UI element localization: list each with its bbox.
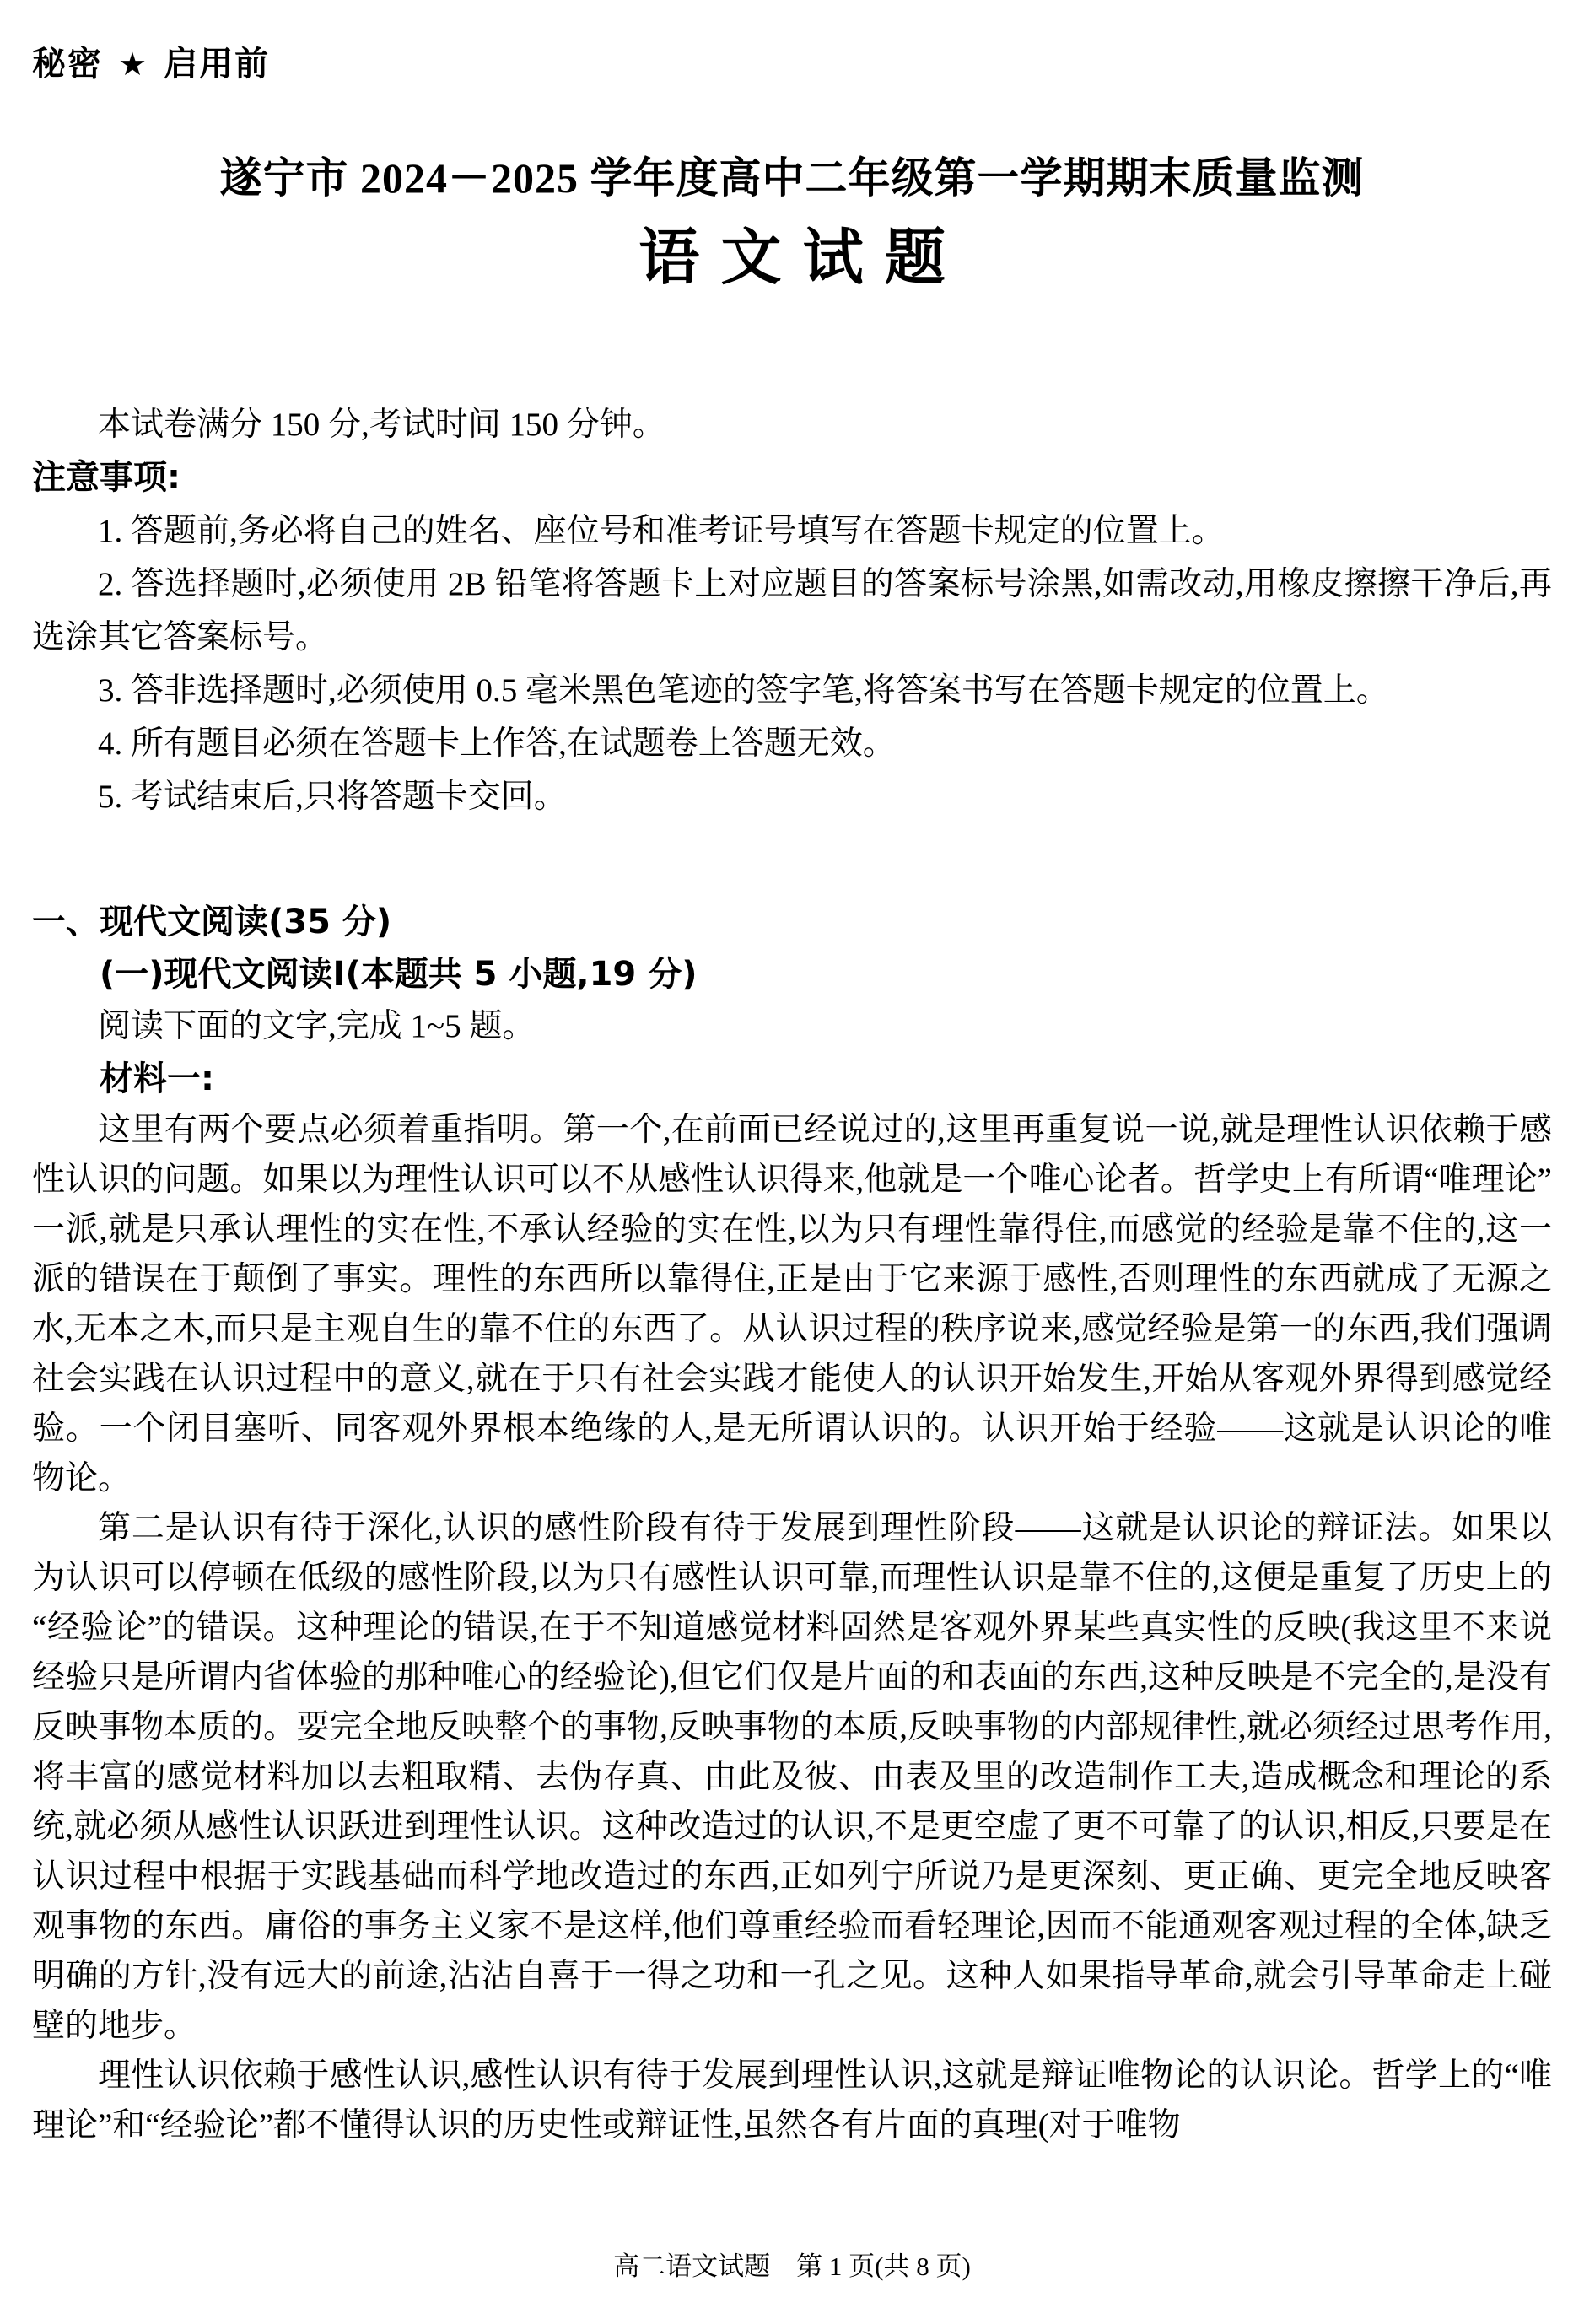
footer-page-number: 第 1 页(共 8 页) (796, 2251, 971, 2281)
exam-title: 遂宁市 2024－2025 学年度高中二年级第一学期期末质量监测 (32, 154, 1552, 202)
page-footer: 高二语文试题第 1 页(共 8 页) (0, 2250, 1584, 2284)
reading-instruction: 阅读下面的文字,完成 1~5 题。 (32, 1000, 1552, 1053)
exam-subtitle: 语文试题 (32, 219, 1552, 297)
footer-doc-label: 高二语文试题 (613, 2251, 770, 2281)
material-one-label: 材料一: (32, 1053, 1552, 1105)
notice-item-1: 1. 答题前,务必将自己的姓名、座位号和准考证号填写在答题卡规定的位置上。 (32, 504, 1552, 558)
material-paragraph-1: 这里有两个要点必须着重指明。第一个,在前面已经说过的,这里再重复说一说,就是理性… (32, 1105, 1552, 1503)
notice-item-3: 3. 答非选择题时,必须使用 0.5 毫米黑色笔迹的签字笔,将答案书写在答题卡规… (32, 664, 1552, 717)
section-heading-modern-reading: 一、现代文阅读(35 分) (32, 896, 1552, 948)
section-subheading-reading-1: (一)现代文阅读Ⅰ(本题共 5 小题,19 分) (32, 948, 1552, 1000)
notice-heading: 注意事项: (32, 451, 1552, 504)
star-icon: ★ (118, 44, 148, 84)
exam-paper-page: 秘密★启用前 遂宁市 2024－2025 学年度高中二年级第一学期期末质量监测 … (0, 0, 1584, 2324)
notice-item-5: 5. 考试结束后,只将答题卡交回。 (32, 770, 1552, 823)
material-paragraph-2: 第二是认识有待于深化,认识的感性阶段有待于发展到理性阶段——这就是认识论的辩证法… (32, 1503, 1552, 2051)
notice-item-4: 4. 所有题目必须在答题卡上作答,在试题卷上答题无效。 (32, 717, 1552, 770)
before-use-label: 启用前 (164, 45, 270, 84)
classification-banner: 秘密★启用前 (32, 44, 1552, 84)
material-paragraph-3: 理性认识依赖于感性认识,感性认识有待于发展到理性认识,这就是辩证唯物论的认识论。… (32, 2051, 1552, 2150)
secret-label: 秘密 (32, 45, 103, 84)
exam-info-line: 本试卷满分 150 分,考试时间 150 分钟。 (32, 398, 1552, 451)
notice-item-2: 2. 答选择题时,必须使用 2B 铅笔将答题卡上对应题目的答案标号涂黑,如需改动… (32, 558, 1552, 664)
